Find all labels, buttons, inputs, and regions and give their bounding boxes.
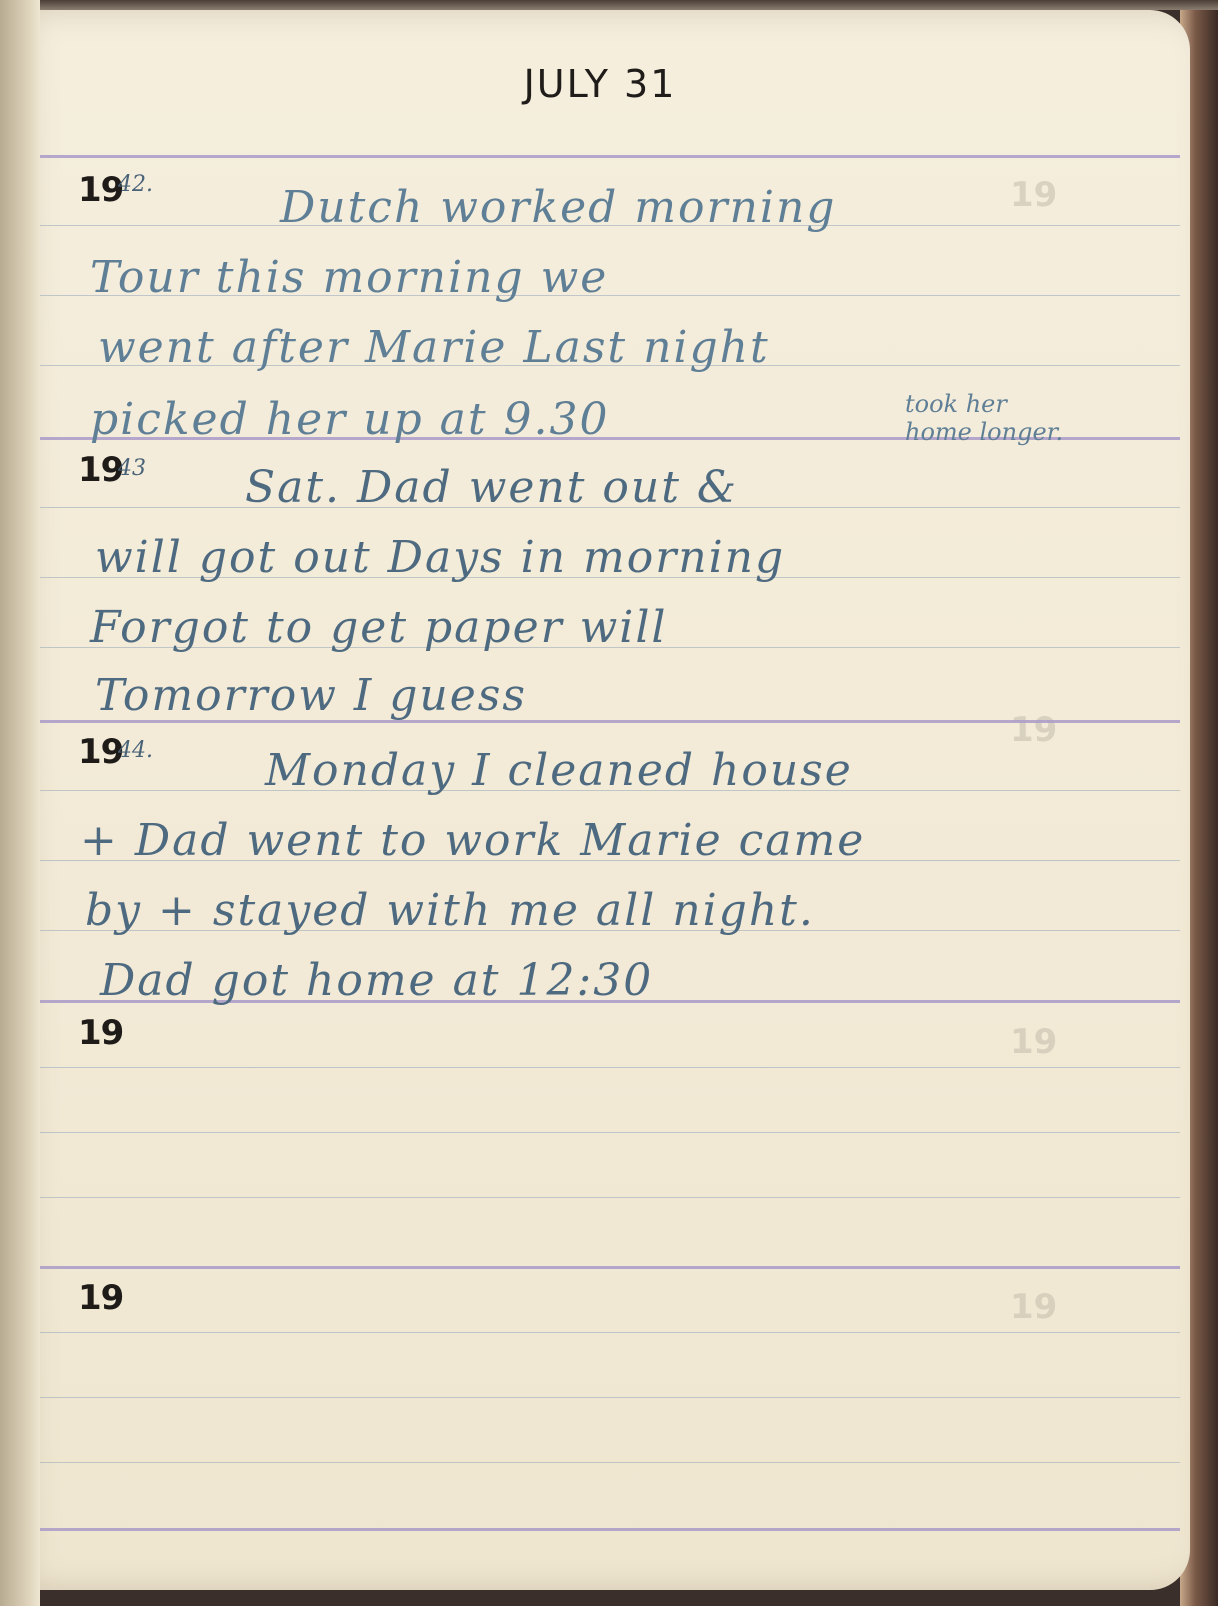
year-label: 19	[78, 170, 123, 210]
handwritten-line: Tomorrow I guess	[95, 670, 527, 721]
handwritten-line: Sat. Dad went out &	[245, 462, 738, 513]
section-rule	[30, 1266, 1180, 1269]
year-label: 19	[78, 1013, 123, 1053]
year-label: 19	[78, 450, 123, 490]
handwritten-line: by + stayed with me all night.	[85, 885, 815, 936]
handwritten-line: Dutch worked morning	[280, 182, 836, 233]
handwritten-line: will got out Days in morning	[95, 532, 785, 583]
handwritten-line: Monday I cleaned house	[265, 745, 853, 796]
year-suffix: 43	[118, 456, 146, 481]
section-rule	[30, 1528, 1180, 1531]
section-rule	[30, 155, 1180, 158]
year-label: 19	[78, 1278, 123, 1318]
handwritten-line: Dad got home at 12:30	[100, 955, 653, 1006]
ruled-line	[30, 1462, 1180, 1463]
margin-note-line: home longer.	[905, 418, 1063, 446]
ruled-line	[30, 1397, 1180, 1398]
bleed-through-year: 19	[1010, 1287, 1057, 1327]
year-suffix: 42.	[118, 172, 153, 197]
bleed-through-year: 19	[1010, 710, 1057, 750]
binding-shadow	[0, 0, 40, 1606]
handwritten-line: picked her up at 9.30	[90, 394, 610, 445]
year-label: 19	[78, 732, 123, 772]
bleed-through-year: 19	[1010, 175, 1057, 215]
handwritten-line: + Dad went to work Marie came	[80, 815, 865, 866]
handwritten-line: Tour this morning we	[90, 252, 608, 303]
ruled-line	[30, 1197, 1180, 1198]
page-title: JULY 31	[10, 62, 1190, 106]
handwritten-line: Forgot to get paper will	[90, 602, 668, 653]
bleed-through-year: 19	[1010, 1022, 1057, 1062]
handwritten-line: went after Marie Last night	[98, 322, 770, 373]
diary-page: JULY 31 19 19 19 19 19 42. Dutch worked …	[10, 10, 1190, 1590]
margin-note-line: took her	[905, 390, 1007, 418]
year-suffix: 44.	[118, 738, 153, 763]
ruled-line	[30, 1332, 1180, 1333]
ruled-line	[30, 1067, 1180, 1068]
ruled-line	[30, 1132, 1180, 1133]
scan-top-edge	[0, 0, 1218, 10]
